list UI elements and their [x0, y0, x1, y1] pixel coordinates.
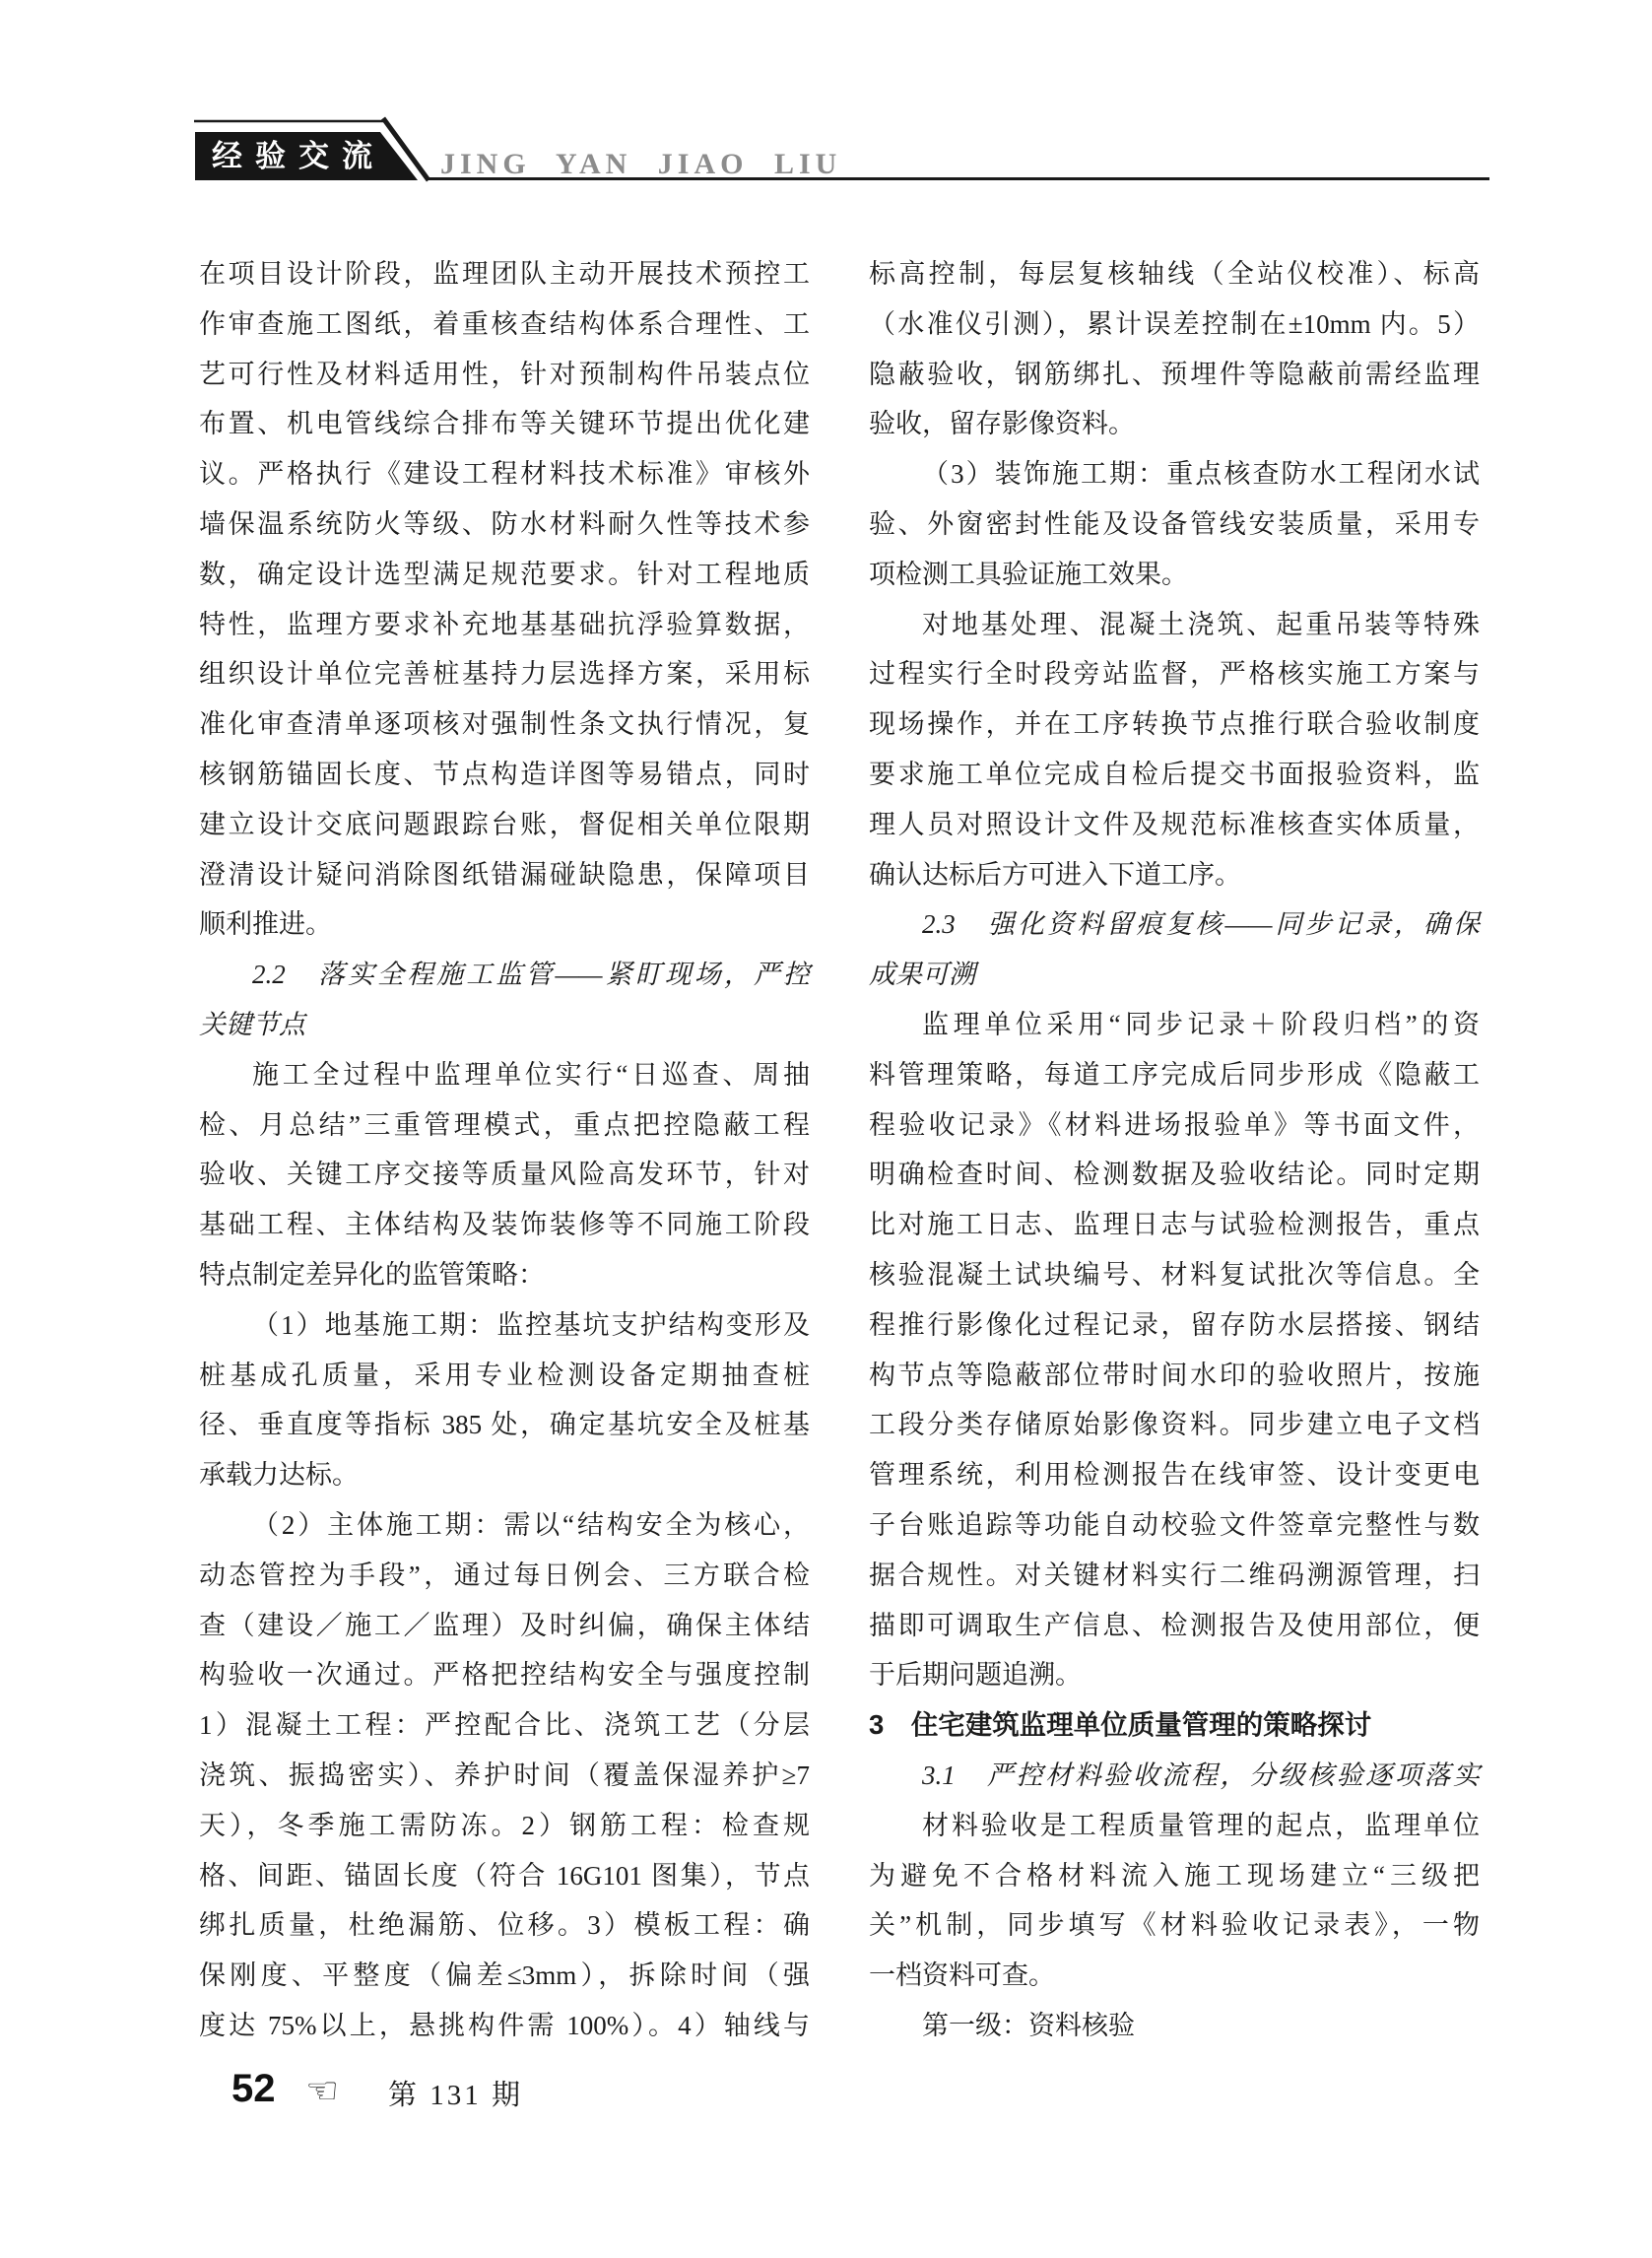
text-line: 组织设计单位完善桩基持力层选择方案，采用标 — [199, 649, 810, 699]
text-line: 绑扎质量，杜绝漏筋、位移。3）模板工程：确 — [199, 1900, 810, 1951]
text-line: 检、月总结”三重管理模式，重点把控隐蔽工程 — [199, 1100, 810, 1151]
text-line: 艺可行性及材料适用性，针对预制构件吊装点位 — [199, 350, 810, 400]
text-line: 动态管控为手段”，通过每日例会、三方联合检 — [199, 1551, 810, 1601]
text-line: 顺利推进。 — [199, 899, 810, 950]
text-line: （3）装饰施工期：重点核查防水工程闭水试 — [869, 449, 1480, 499]
text-line: 料管理策略，每道工序完成后同步形成《隐蔽工 — [869, 1050, 1480, 1100]
text-line: （1）地基施工期：监控基坑支护结构变形及 — [199, 1300, 810, 1351]
text-line: 明确检查时间、检测数据及验收结论。同时定期 — [869, 1150, 1480, 1200]
text-line: 理人员对照设计文件及规范标准核查实体质量， — [869, 800, 1480, 850]
text-line: 程验收记录》《材料进场报验单》等书面文件， — [869, 1100, 1480, 1151]
text-line: 作审查施工图纸，着重核查结构体系合理性、工 — [199, 299, 810, 350]
section-banner: 经验交流 — [195, 132, 418, 180]
text-line: 工段分类存储原始影像资料。同步建立电子文档 — [869, 1400, 1480, 1450]
text-line: 关”机制，同步填写《材料验收记录表》，一物 — [869, 1900, 1480, 1951]
text-line: 项检测工具验证施工效果。 — [869, 550, 1480, 600]
text-line: 2.3 强化资料留痕复核——同步记录，确保 — [869, 899, 1480, 950]
text-line: 要求施工单位完成自检后提交书面报验资料，监 — [869, 750, 1480, 800]
left-column: 在项目设计阶段，监理团队主动开展技术预控工作审查施工图纸，着重核查结构体系合理性… — [199, 249, 810, 2051]
right-column: 标高控制，每层复核轴线（全站仪校准）、标高（水准仪引测），累计误差控制在±10m… — [869, 249, 1480, 2051]
text-line: 成果可溯 — [869, 950, 1480, 1000]
text-line: 议。严格执行《建设工程材料技术标准》审核外 — [199, 449, 810, 499]
text-line: 3 住宅建筑监理单位质量管理的策略探讨 — [869, 1700, 1480, 1751]
text-line: 格、间距、锚固长度（符合 16G101 图集），节点 — [199, 1851, 810, 1901]
text-line: 浇筑、振捣密实）、养护时间（覆盖保湿养护≥7 — [199, 1751, 810, 1801]
page-number: 52 — [231, 2067, 276, 2111]
text-line: 建立设计交底问题跟踪台账，督促相关单位限期 — [199, 800, 810, 850]
text-line: 核钢筋锚固长度、节点构造详图等易错点，同时 — [199, 750, 810, 800]
text-line: 管理系统，利用检测报告在线审签、设计变更电 — [869, 1450, 1480, 1500]
text-line: （水准仪引测），累计误差控制在±10mm 内。5） — [869, 299, 1480, 350]
text-line: 墙保温系统防火等级、防水材料耐久性等技术参 — [199, 499, 810, 550]
text-line: （2）主体施工期：需以“结构安全为核心， — [199, 1500, 810, 1551]
text-line: 据合规性。对关键材料实行二维码溯源管理，扫 — [869, 1551, 1480, 1601]
text-line: 现场操作，并在工序转换节点推行联合验收制度 — [869, 699, 1480, 750]
text-line: 隐蔽验收，钢筋绑扎、预埋件等隐蔽前需经监理 — [869, 350, 1480, 400]
text-line: 特性，监理方要求补充地基基础抗浮验算数据， — [199, 600, 810, 650]
text-line: 1）混凝土工程：严控配合比、浇筑工艺（分层 — [199, 1700, 810, 1751]
text-line: 施工全过程中监理单位实行“日巡查、周抽 — [199, 1050, 810, 1100]
text-line: 度达 75%以上，悬挑构件需 100%）。4）轴线与 — [199, 2001, 810, 2051]
text-line: 3.1 严控材料验收流程，分级核验逐项落实 — [869, 1751, 1480, 1801]
text-line: 材料验收是工程质量管理的起点，监理单位 — [869, 1801, 1480, 1851]
text-line: 于后期问题追溯。 — [869, 1650, 1480, 1700]
text-line: 澄清设计疑问消除图纸错漏碰缺隐患，保障项目 — [199, 850, 810, 900]
text-line: 一档资料可查。 — [869, 1951, 1480, 2001]
text-line: 基础工程、主体结构及装饰装修等不同施工阶段 — [199, 1200, 810, 1250]
text-line: 径、垂直度等指标 385 处，确定基坑安全及桩基 — [199, 1400, 810, 1450]
banner-title: 经验交流 — [195, 132, 418, 180]
text-line: 描即可调取生产信息、检测报告及使用部位，便 — [869, 1601, 1480, 1651]
text-line: 验、外窗密封性能及设备管线安装质量，采用专 — [869, 499, 1480, 550]
text-line: 标高控制，每层复核轴线（全站仪校准）、标高 — [869, 249, 1480, 299]
banner-pinyin: JING YAN JIAO LIU — [440, 148, 841, 181]
text-line: 子台账追踪等功能自动校验文件签章完整性与数 — [869, 1500, 1480, 1551]
text-line: 保刚度、平整度（偏差≤3mm），拆除时间（强 — [199, 1951, 810, 2001]
text-line: 为避免不合格材料流入施工现场建立“三级把 — [869, 1851, 1480, 1901]
text-line: 比对施工日志、监理日志与试验检测报告，重点 — [869, 1200, 1480, 1250]
text-line: 验收、关键工序交接等质量风险高发环节，针对 — [199, 1150, 810, 1200]
page: 经验交流 JING YAN JIAO LIU 在项目设计阶段，监理团队主动开展技… — [0, 0, 1652, 2258]
text-line: 查（建设／施工／监理）及时纠偏，确保主体结 — [199, 1601, 810, 1651]
text-line: 验收，留存影像资料。 — [869, 399, 1480, 449]
text-line: 对地基处理、混凝土浇筑、起重吊装等特殊 — [869, 600, 1480, 650]
text-line: 第一级：资料核验 — [869, 2001, 1480, 2051]
text-line: 在项目设计阶段，监理团队主动开展技术预控工 — [199, 249, 810, 299]
text-line: 准化审查清单逐项核对强制性条文执行情况，复 — [199, 699, 810, 750]
text-line: 天），冬季施工需防冻。2）钢筋工程：检查规 — [199, 1801, 810, 1851]
text-line: 数，确定设计选型满足规范要求。针对工程地质 — [199, 550, 810, 600]
text-line: 2.2 落实全程施工监管——紧盯现场，严控 — [199, 950, 810, 1000]
header-rules — [0, 0, 1652, 217]
text-line: 过程实行全时段旁站监督，严格核实施工方案与 — [869, 649, 1480, 699]
text-line: 特点制定差异化的监管策略： — [199, 1250, 810, 1300]
manicule-icon: ☜ — [305, 2069, 339, 2112]
text-line: 桩基成孔质量，采用专业检测设备定期抽查桩 — [199, 1351, 810, 1401]
text-line: 程推行影像化过程记录，留存防水层搭接、钢结 — [869, 1300, 1480, 1351]
text-line: 监理单位采用“同步记录＋阶段归档”的资 — [869, 1000, 1480, 1050]
text-line: 关键节点 — [199, 1000, 810, 1050]
text-line: 构验收一次通过。严格把控结构安全与强度控制 — [199, 1650, 810, 1700]
text-line: 布置、机电管线综合排布等关键环节提出优化建 — [199, 399, 810, 449]
text-line: 承载力达标。 — [199, 1450, 810, 1500]
text-line: 核验混凝土试块编号、材料复试批次等信息。全 — [869, 1250, 1480, 1300]
text-line: 确认达标后方可进入下道工序。 — [869, 850, 1480, 900]
text-line: 构节点等隐蔽部位带时间水印的验收照片，按施 — [869, 1351, 1480, 1401]
issue-number: 第 131 期 — [388, 2073, 523, 2113]
